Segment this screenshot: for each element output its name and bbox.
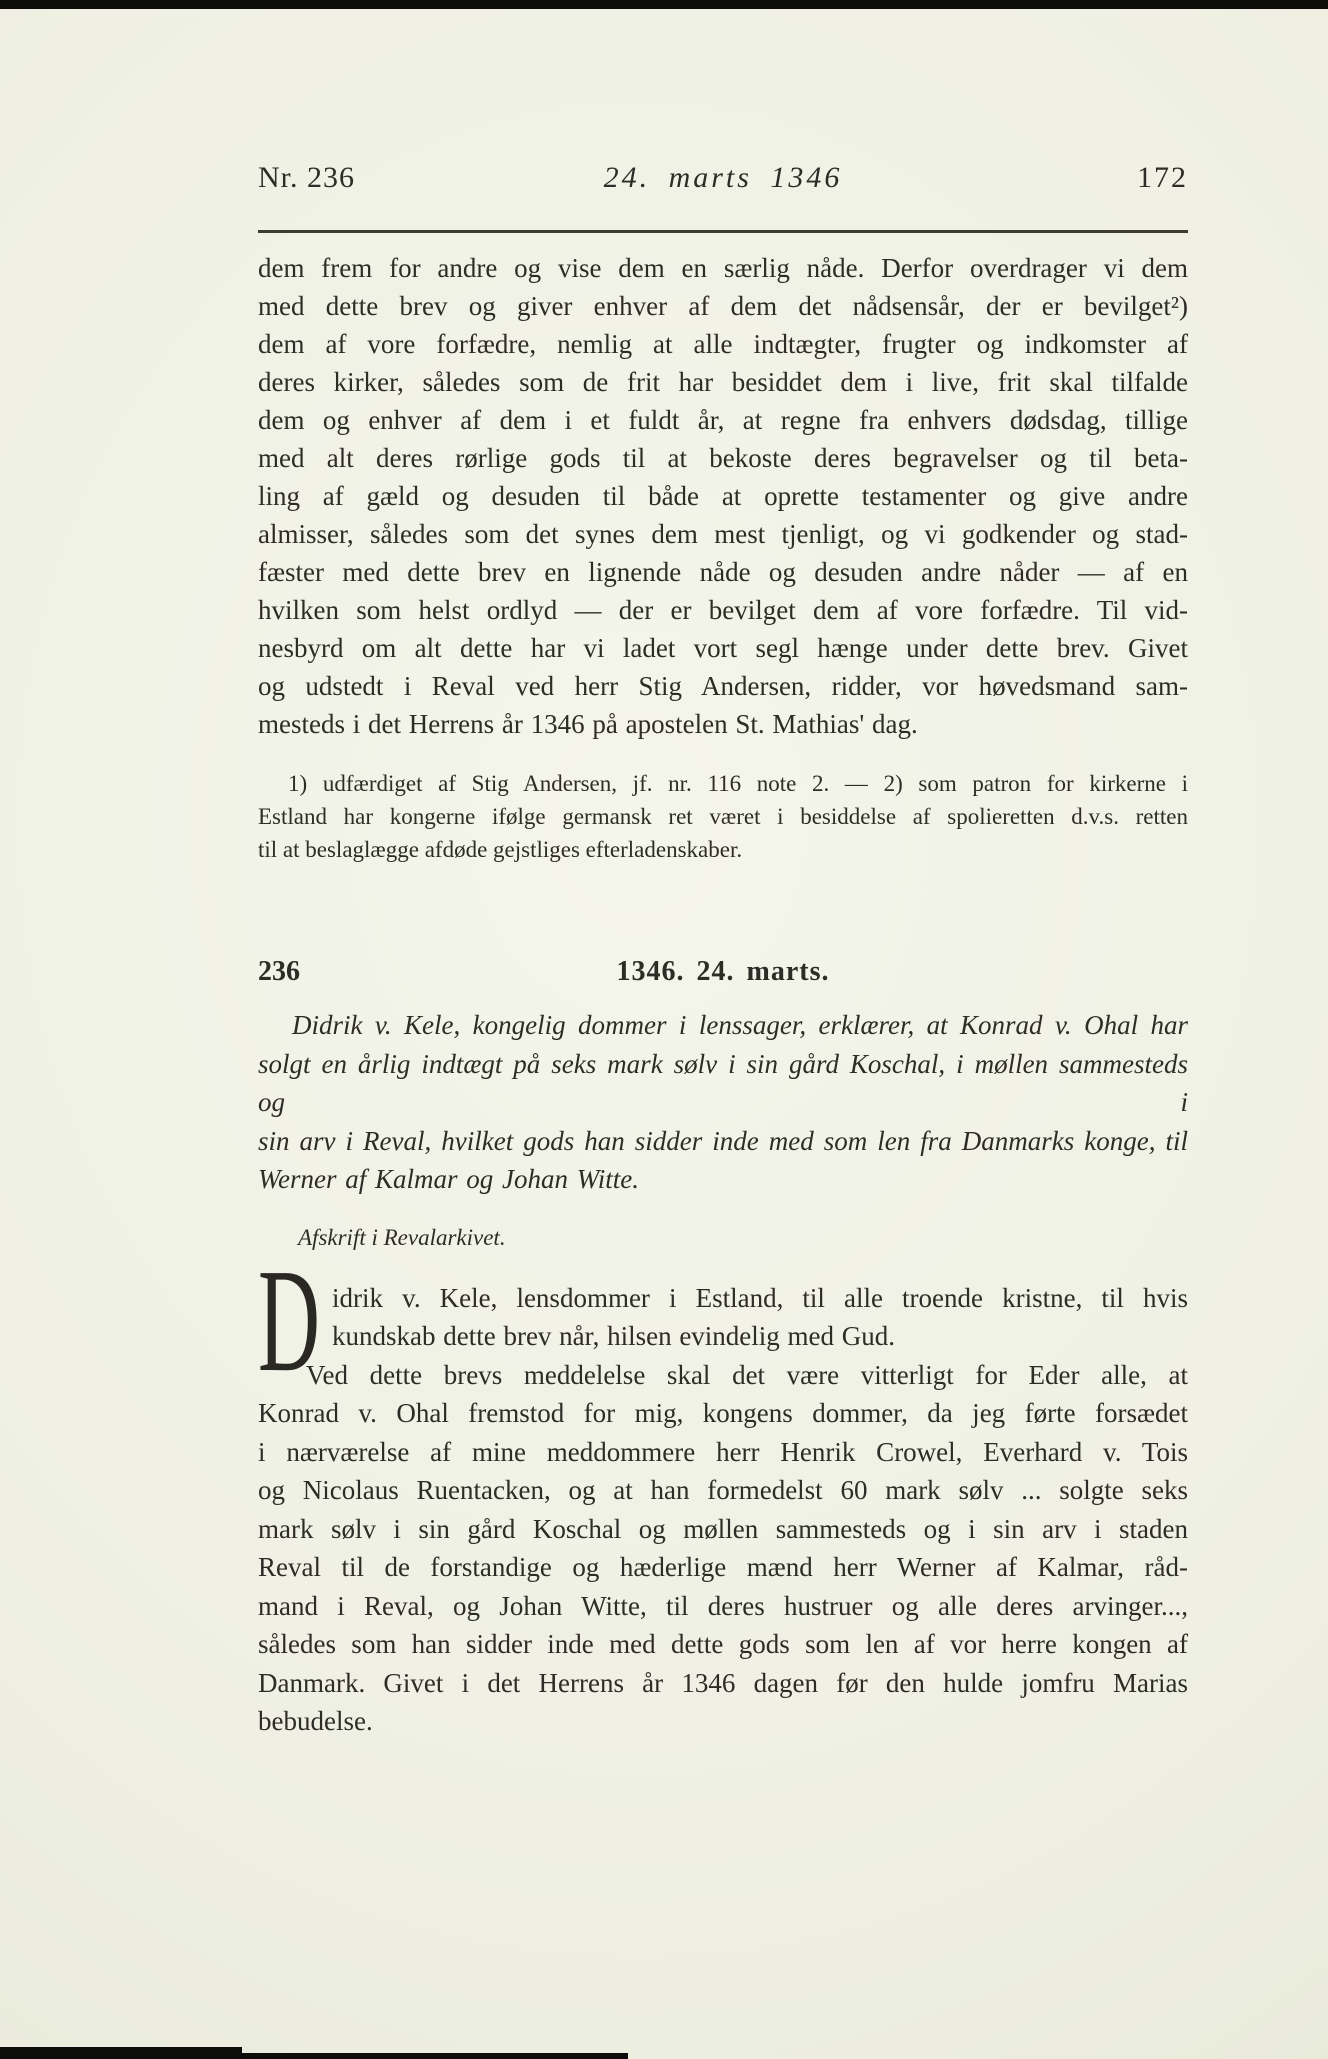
text-line: i nærværelse af mine meddommere herr Hen…	[258, 1433, 1188, 1472]
continuation-paragraph: dem frem for andre og vise dem en særlig…	[258, 249, 1188, 743]
text-line: Didrik v. Kele, kongelig dommer i lenssa…	[258, 1006, 1188, 1045]
text-line: solgt en årlig indtægt på seks mark sølv…	[258, 1045, 1188, 1122]
text-line: idrik v. Kele, lensdommer i Estland, til…	[258, 1279, 1188, 1318]
text-line: med alt deres rørlige gods til at bekost…	[258, 439, 1188, 477]
text-line: bebudelse.	[258, 1702, 1188, 1741]
text-line: kundskab dette brev når, hilsen evindeli…	[258, 1317, 1188, 1356]
text-line: Ved dette brevs meddelelse skal det være…	[258, 1356, 1188, 1395]
text-line: således som han sidder inde med dette go…	[258, 1625, 1188, 1664]
text-line: og Nicolaus Ruentacken, og at han formed…	[258, 1471, 1188, 1510]
text-line: Danmark. Givet i det Herrens år 1346 dag…	[258, 1664, 1188, 1703]
text-line: og udstedt i Reval ved herr Stig Anderse…	[258, 667, 1188, 705]
entry-summary: Didrik v. Kele, kongelig dommer i lenssa…	[258, 1006, 1188, 1199]
text-line: mark sølv i sin gård Koschal og møllen s…	[258, 1510, 1188, 1549]
header-date: 24. marts 1346	[258, 160, 1188, 196]
running-header: Nr. 236 24. marts 1346 172	[258, 160, 1188, 196]
text-line: med dette brev og giver enhver af dem de…	[258, 287, 1188, 325]
text-line: dem frem for andre og vise dem en særlig…	[258, 249, 1188, 287]
scan-edge-bottom-corner	[0, 2047, 242, 2059]
page-content: Nr. 236 24. marts 1346 172 dem frem for …	[258, 0, 1188, 1741]
footnote-block: 1) udfærdiget af Stig Andersen, jf. nr. …	[258, 767, 1188, 866]
text-line: nesbyrd om alt dette har vi ladet vort s…	[258, 629, 1188, 667]
text-line: Estland har kongerne ifølge germansk ret…	[258, 800, 1188, 833]
text-line: almisser, således som det synes dem mest…	[258, 515, 1188, 553]
drop-cap: D	[258, 1267, 320, 1375]
text-line: mand i Reval, og Johan Witte, til deres …	[258, 1587, 1188, 1626]
entry-heading: 236 1346. 24. marts.	[258, 954, 1188, 990]
entry-date-title: 1346. 24. marts.	[258, 954, 1188, 990]
text-line: ling af gæld og desuden til både at opre…	[258, 477, 1188, 515]
text-line: Konrad v. Ohal fremstod for mig, kongens…	[258, 1394, 1188, 1433]
text-line: dem af vore forfædre, nemlig at alle ind…	[258, 325, 1188, 363]
scanned-book-page: Nr. 236 24. marts 1346 172 dem frem for …	[0, 0, 1328, 2059]
text-line: sin arv i Reval, hvilket gods han sidder…	[258, 1122, 1188, 1161]
entry-body: D idrik v. Kele, lensdommer i Estland, t…	[258, 1279, 1188, 1741]
text-line: Reval til de forstandige og hæderlige mæ…	[258, 1548, 1188, 1587]
text-line: dem og enhver af dem i et fuldt år, at r…	[258, 401, 1188, 439]
text-line: Werner af Kalmar og Johan Witte.	[258, 1160, 1188, 1199]
text-line: fæster med dette brev en lignende nåde o…	[258, 553, 1188, 591]
text-line: deres kirker, således som de frit har be…	[258, 363, 1188, 401]
text-line: mesteds i det Herrens år 1346 på apostel…	[258, 705, 1188, 743]
header-rule	[258, 230, 1188, 233]
text-line: 1) udfærdiget af Stig Andersen, jf. nr. …	[258, 767, 1188, 800]
text-line: til at beslaglægge afdøde gejstliges eft…	[258, 833, 1188, 866]
text-line: hvilken som helst ordlyd — der er bevilg…	[258, 591, 1188, 629]
entry-source-note: Afskrift i Revalarkivet.	[258, 1223, 1188, 1253]
